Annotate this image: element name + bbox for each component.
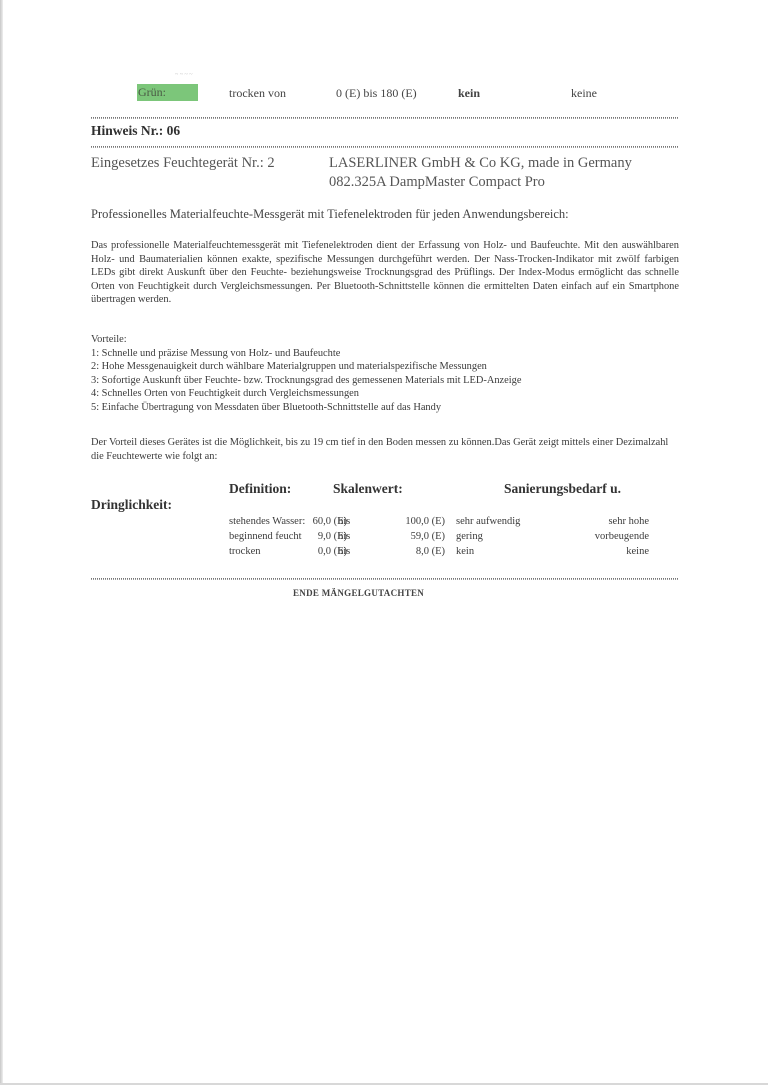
row-definition: stehendes Wasser: (229, 516, 305, 527)
description-text: Das professionelle Materialfeuchtemessge… (91, 239, 679, 307)
advantage-item: 5: Einfache Übertragung von Messdaten üb… (91, 401, 521, 415)
table-row: trocken 0,0 (E) bis 8,0 (E) kein keine (229, 546, 649, 560)
status-definition: trocken von (229, 86, 286, 101)
row-bis: bis (338, 531, 350, 542)
conclusion-paragraph: Der Vorteil dieses Gerätes ist die Mögli… (91, 436, 681, 463)
divider (91, 578, 678, 580)
end-label: ENDE MÄNGELGUTACHTEN (293, 588, 424, 598)
status-aufwand: kein (458, 86, 480, 101)
row-aufwand: sehr aufwendig (456, 516, 520, 527)
device-model: 082.325A DampMaster Compact Pro (329, 174, 545, 191)
conclusion-text: Der Vorteil dieses Gerätes ist die Mögli… (91, 436, 681, 463)
color-label-green: Grün: (137, 84, 198, 101)
table-row: stehendes Wasser: 60,0 (E) bis 100,0 (E)… (229, 516, 649, 530)
row-bis: bis (338, 516, 350, 527)
divider (91, 117, 678, 119)
row-to: 100,0 (E) (405, 516, 445, 527)
handwritten-mark: ~ ~ ~ ~ (175, 72, 192, 78)
row-to: 59,0 (E) (411, 531, 445, 542)
header-definition: Definition: (229, 481, 291, 497)
advantages-list: Vorteile: 1: Schnelle und präzise Messun… (91, 333, 521, 415)
row-bis: bis (338, 546, 350, 557)
row-sanierung: sehr hohe (608, 516, 649, 527)
page-edge-left (0, 0, 3, 1085)
row-to: 8,0 (E) (416, 546, 445, 557)
advantage-item: 4: Schnelles Orten von Feuchtigkeit durc… (91, 387, 521, 401)
device-vendor: LASERLINER GmbH & Co KG, made in Germany (329, 155, 632, 172)
row-aufwand: gering (456, 531, 483, 542)
advantages-title: Vorteile: (91, 333, 521, 347)
row-definition: trocken (229, 546, 261, 557)
advantage-item: 2: Hohe Messgenauigkeit durch wählbare M… (91, 360, 521, 374)
row-sanierung: vorbeugende (595, 531, 649, 542)
row-sanierung: keine (626, 546, 649, 557)
dringlichkeit-label: Dringlichkeit: (91, 497, 172, 513)
advantage-item: 3: Sofortige Auskunft über Feuchte- bzw.… (91, 374, 521, 388)
header-skalenwert: Skalenwert: (333, 481, 403, 497)
description-paragraph: Das professionelle Materialfeuchtemessge… (91, 239, 679, 307)
status-range: 0 (E) bis 180 (E) (336, 86, 417, 101)
table-row: beginnend feucht 9,0 (E) bis 59,0 (E) ge… (229, 531, 649, 545)
status-sanierung: keine (571, 86, 597, 101)
advantage-item: 1: Schnelle und präzise Messung von Holz… (91, 347, 521, 361)
row-definition: beginnend feucht (229, 531, 302, 542)
divider (91, 146, 678, 148)
device-label: Eingesetzes Feuchtegerät Nr.: 2 (91, 155, 275, 172)
hinweis-title: Hinweis Nr.: 06 (91, 123, 180, 139)
row-aufwand: kein (456, 546, 474, 557)
header-sanierung: Sanierungsbedarf u. (504, 481, 621, 497)
intro-heading: Professionelles Materialfeuchte-Messgerä… (91, 207, 569, 222)
